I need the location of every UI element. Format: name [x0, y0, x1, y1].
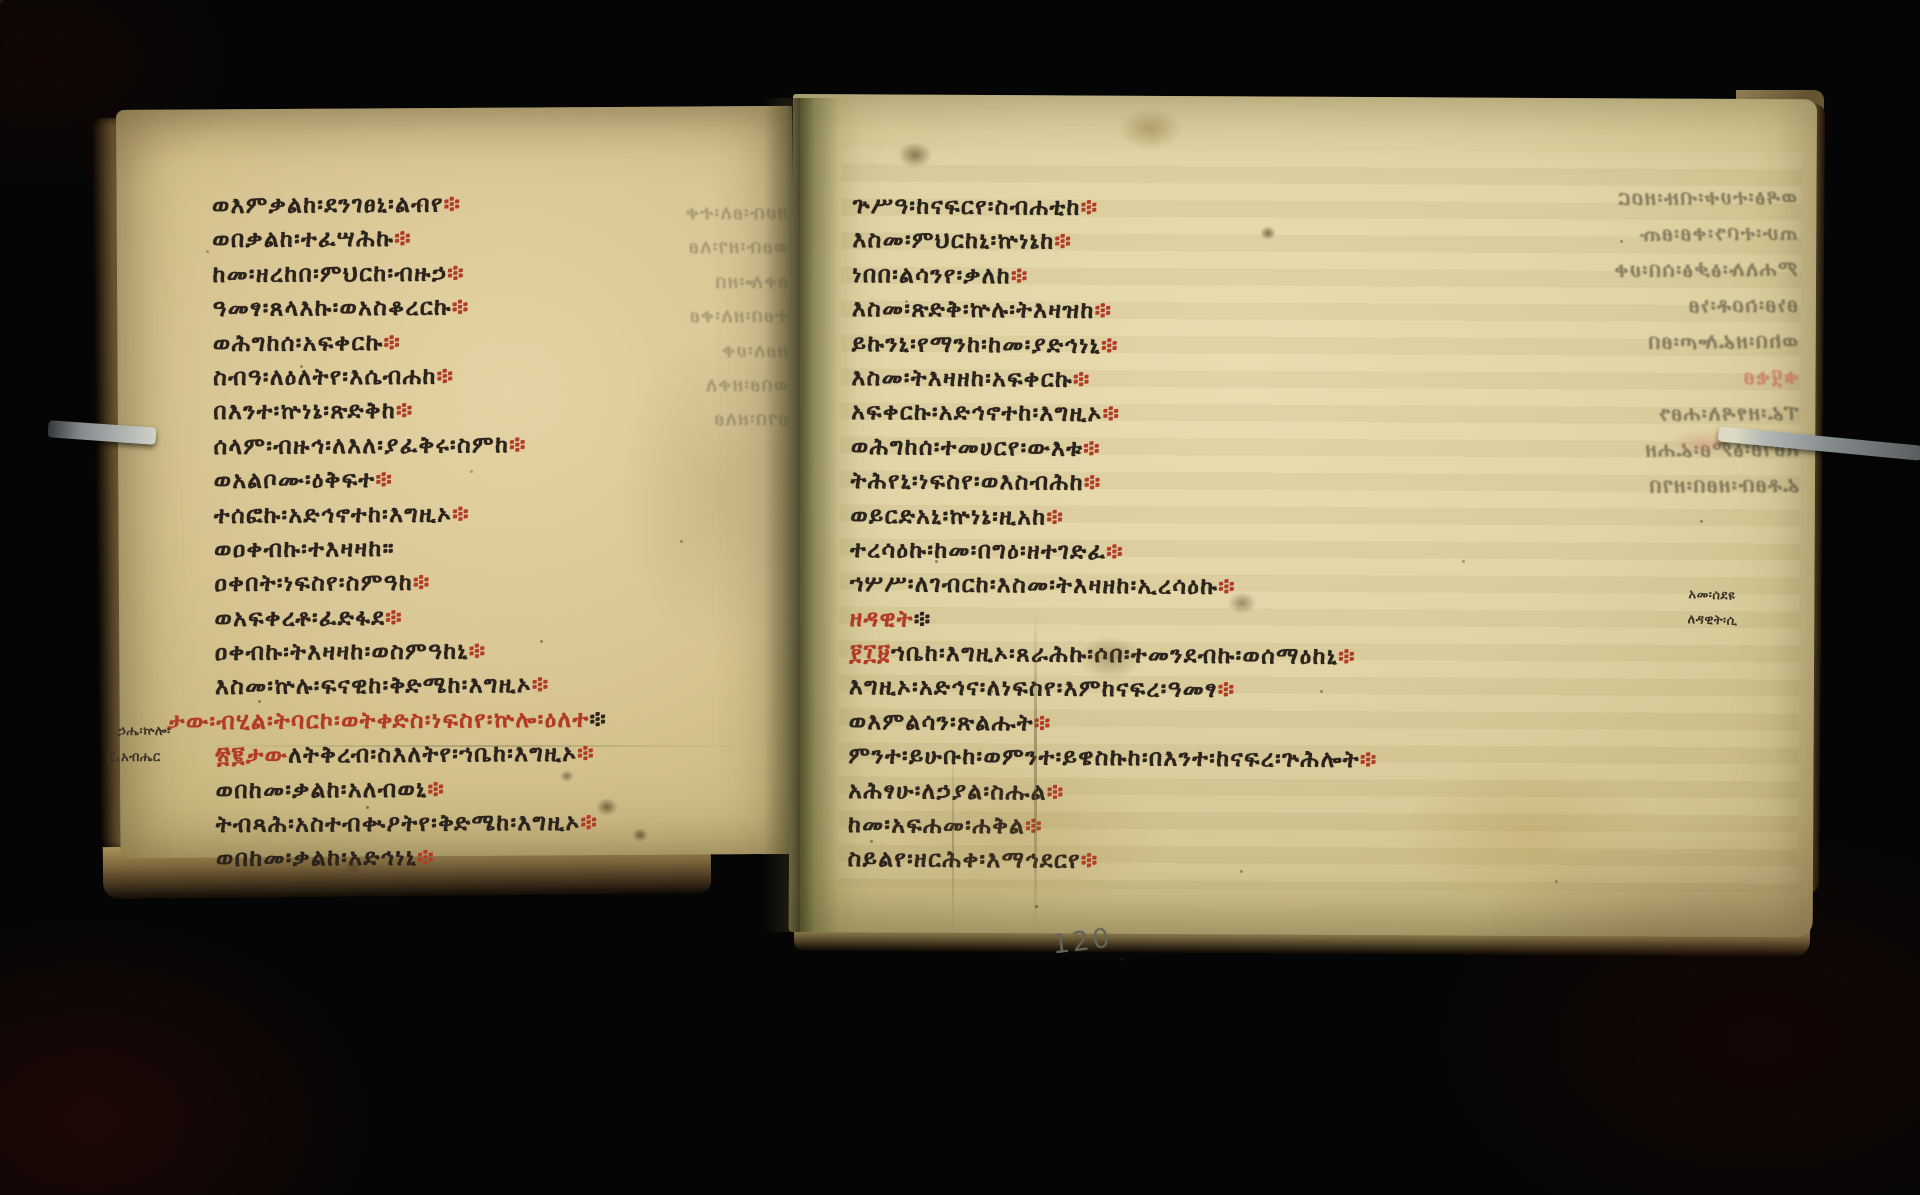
text-line: ከመ፡ዘረከበ፡ምህርከ፡ብዙኃ፨ — [212, 255, 604, 292]
black-ink-run: ሰላም፡ብዙኅ፡ለእለ፡ያፈቅሩ፡ስምከ — [213, 432, 509, 460]
red-ink-run: ፨ — [1103, 401, 1121, 427]
black-ink-run: ወይርድአኒ፡ኵነኔ፡ዚአከ — [850, 503, 1046, 531]
black-ink-run: እስመ፡ምህርከኒ፡ኵነኔከ — [852, 227, 1054, 255]
rubric-numbered-line: ፳፪ታውለትቅረብ፡ስእለትየ፡ኀቤከ፡እግዚኦ፨ — [215, 737, 607, 774]
text-line: ወአልቦሙ፡ዕቅፍተ፨ — [214, 462, 606, 499]
text-line: ወዐቀብኩ፡ተእዛዛከ። — [214, 531, 606, 568]
text-line: ዐቀበት፡ነፍስየ፡ስምዓከ፨ — [214, 565, 606, 602]
black-ink-run: ተረሳዕኩ፡ከመ፡በግዕ፡ዘተገድፈ — [850, 537, 1106, 565]
red-ink-run: ፨ — [1084, 470, 1102, 496]
red-ink-run: ፨ — [385, 605, 403, 631]
black-ink-run: ወዐቀብኩ፡ተእዛዛከ። — [214, 536, 395, 563]
red-ink-run: ፨ — [1081, 195, 1099, 221]
red-ink-run: ፨ — [509, 432, 527, 458]
black-ink-run: ወእምቃልከ፡ደንገፀኒ፡ልብየ — [212, 192, 444, 219]
text-line: ተሰፎኩ፡አድኅኖተከ፡እግዚኦ፨ — [214, 496, 606, 533]
text-line: ይኩንኒ፡የማንከ፡ከመ፡ያድኅነኒ፨ — [852, 327, 1381, 366]
left-margin-gloss-1: ኃሔ፡ኵሎ፡ — [118, 724, 171, 739]
black-ink-run: ወበከመ፡ቃልከ፡አለብወኒ — [216, 776, 428, 803]
black-ink-run: ኀቤከ፡እግዚኦ፡ጸራሕኩ፡ሶበ፡ተመንደብኩ፡ወሰማዕከኒ — [891, 640, 1338, 670]
black-ink-run: እስመ፡ጽድቅ፡ኵሉ፡ትእዛዝከ — [852, 296, 1095, 324]
black-ink-run: ዓመፃ፡ጸላእኩ፡ወአስቆረርኩ — [213, 295, 452, 322]
text-line: ስብዓ፡ለዕለትየ፡እሴብሐከ፨ — [213, 359, 605, 396]
text-line: ወይርድአኒ፡ኵነኔ፡ዚአከ፨ — [850, 499, 1379, 538]
black-ink-run: ከመ፡ዘረከበ፡ምህርከ፡ብዙኃ — [212, 260, 447, 287]
black-ink-run: ወበከመ፡ቃልከ፡አድኅነኒ — [216, 845, 417, 872]
red-ink-run: ፨ — [1360, 747, 1378, 773]
black-ink-run: ኀሦሥ፡ለገብርከ፡እስመ፡ትእዛዘከ፡ኢረሳዕኩ — [850, 571, 1219, 600]
black-ink-run: አፍቀርኩ፡አድኅኖተከ፡እግዚኦ — [851, 399, 1103, 427]
red-ink-run: ፨ — [532, 672, 550, 698]
red-ink-run: ፨ — [1083, 436, 1101, 462]
text-line: ትብጻሕ፡አስተብቊዖትየ፡ቅድሜከ፡እግዚኦ፨ — [216, 806, 608, 843]
text-line: ነበበ፡ልሳንየ፡ቃለከ፨ — [852, 258, 1381, 297]
red-ink-run: ፨ — [447, 260, 465, 286]
red-ink-run: ፨ — [437, 363, 455, 389]
text-line: ዐቀብኩ፡ትእዛዛከ፡ወስምዓከኒ፨ — [215, 634, 607, 671]
red-ink-run: ፨ — [1095, 298, 1113, 324]
red-ink-run: ፻፲፱ — [849, 640, 891, 666]
text-line: ሰላም፡ብዙኅ፡ለእለ፡ያፈቅሩ፡ስምከ፨ — [213, 427, 605, 464]
black-ink-run: ፨ — [914, 606, 932, 632]
black-ink-run: ስይልየ፡ዘርሕቀ፡እማኅደርየ — [848, 846, 1081, 874]
text-line: ምንተ፡ይሁቡከ፡ወምንተ፡ይዌስኩከ፡በእንተ፡ከናፍረ፡ጕሕሎት፨ — [848, 739, 1377, 778]
red-ink-run: ፨ — [417, 845, 435, 871]
black-ink-run: ወበቃልከ፡ተፈሣሕኩ — [212, 226, 394, 253]
black-ink-run: ከመ፡አፍሐመ፡ሐቅል — [848, 812, 1025, 839]
red-ink-run: ፨ — [396, 398, 414, 424]
page-number-pencil: 120 — [1050, 922, 1114, 960]
crease-vertical-2 — [952, 740, 954, 940]
black-ink-run: ተሰፎኩ፡አድኅኖተከ፡እግዚኦ — [214, 501, 452, 528]
red-ink-run: ፨ — [1101, 333, 1119, 359]
text-line: እስመ፡ጽድቅ፡ኵሉ፡ትእዛዝከ፨ — [852, 292, 1381, 331]
text-line: አሕፃሁ፡ለኃያል፡ስሑል፨ — [848, 774, 1377, 813]
crease-horizontal — [200, 745, 760, 747]
text-line: ትሕየኒ፡ነፍስየ፡ወእስብሕከ፨ — [851, 464, 1380, 503]
text-line: ወእምቃልከ፡ደንገፀኒ፡ልብየ፨ — [212, 187, 604, 224]
red-ink-run: ፨ — [469, 638, 487, 664]
right-margin-note: አመ፡ሰደዩ ለዳዊት፡ሲ — [1687, 582, 1739, 634]
red-ink-run: ፨ — [444, 191, 462, 217]
black-ink-run: እስመ፡ኵሉ፡ፍናዊከ፡ቅድሜከ፡እግዚኦ — [215, 673, 532, 701]
red-ink-run: ፨ — [1218, 574, 1236, 600]
text-line: ወበከመ፡ቃልከ፡አድኅነኒ፨ — [216, 840, 608, 877]
text-line: እግዚኦ፡አድኅና፡ለነፍስየ፡እምከናፍረ፡ዓመፃ፨ — [849, 670, 1378, 709]
black-ink-run: ነበበ፡ልሳንየ፡ቃለከ — [852, 262, 1011, 289]
text-line: ጕሥዓ፡ከናፍርየ፡ስብሐቲከ፨ — [853, 189, 1382, 228]
red-ink-run: ፨ — [1054, 229, 1072, 255]
red-ink-run: ፨ — [1073, 367, 1091, 393]
text-line: አፍቀርኩ፡አድኅኖተከ፡እግዚኦ፨ — [851, 395, 1380, 434]
black-ink-run: ዐቀብኩ፡ትእዛዛከ፡ወስምዓከኒ — [215, 639, 469, 667]
red-ink-run: ፨ — [375, 467, 393, 493]
left-margin-gloss-2: ፩.አብሔር — [107, 750, 161, 765]
red-ink-run: ፨ — [413, 570, 431, 596]
text-line: ስይልየ፡ዘርሕቀ፡እማኅደርየ፨ — [848, 842, 1377, 881]
text-line: ወሕግከሰ፡ተመሀርየ፡ውእቱ፨ — [851, 430, 1380, 469]
red-ink-run: ፨ — [427, 776, 445, 802]
black-ink-run: ጕሥዓ፡ከናፍርየ፡ስብሐቲከ — [853, 193, 1081, 221]
black-ink-run: ስብዓ፡ለዕለትየ፡እሴብሐከ — [213, 364, 437, 391]
black-ink-run: አሕፃሁ፡ለኃያል፡ስሑል — [848, 778, 1047, 806]
text-line: ወሕግከሰ፡አፍቀርኩ፨ — [213, 324, 605, 361]
text-line: ወበቃልከ፡ተፈሣሕኩ፨ — [212, 221, 604, 258]
rubric-line: ታው፡ብሂል፡ትባርኮ፡ወትቀድስ፡ነፍስየ፡ኵሎ፡ዕለተ፨ — [167, 702, 607, 739]
black-ink-run: ወአልቦሙ፡ዕቅፍተ — [214, 467, 376, 494]
black-ink-run: ይኩንኒ፡የማንከ፡ከመ፡ያድኅነኒ — [852, 331, 1102, 359]
crease-vertical-1 — [1034, 610, 1037, 930]
text-line: እስመ፡ምህርከኒ፡ኵነኔከ፨ — [852, 223, 1381, 262]
parchment-specks — [0, 0, 3, 3]
text-line: ከመ፡አፍሐመ፡ሐቅል፨ — [848, 808, 1377, 847]
right-margin-note-line-2: ለዳዊት፡ሲ — [1687, 607, 1738, 634]
black-ink-run: ትብጻሕ፡አስተብቊዖትየ፡ቅድሜከ፡እግዚኦ — [216, 810, 581, 838]
red-ink-run: ፨ — [394, 226, 412, 252]
text-line: እስመ፡ኵሉ፡ፍናዊከ፡ቅድሜከ፡እግዚኦ፨ — [215, 668, 607, 705]
black-ink-run: ምንተ፡ይሁቡከ፡ወምንተ፡ይዌስኩከ፡በእንተ፡ከናፍረ፡ጕሕሎት — [848, 743, 1360, 773]
right-margin-note-line-1: አመ፡ሰደዩ — [1688, 582, 1739, 609]
red-ink-run: ፨ — [581, 810, 599, 836]
red-ink-run: ፨ — [1047, 779, 1065, 805]
black-ink-run: በእንተ፡ኵነኔ፡ጽድቅከ — [213, 398, 396, 425]
black-ink-run: ወአፍቀረቶ፡ፈድፋደ — [215, 605, 386, 632]
text-line: ወበከመ፡ቃልከ፡አለብወኒ፨ — [216, 771, 608, 808]
red-ink-run: ፨ — [1338, 644, 1356, 670]
red-ink-run: ፨ — [1046, 504, 1064, 530]
red-ink-run: ፨ — [1081, 848, 1099, 874]
left-page-text: ወእምቃልከ፡ደንገፀኒ፡ልብየ፨ወበቃልከ፡ተፈሣሕኩ፨ከመ፡ዘረከበ፡ምህር… — [212, 187, 608, 877]
text-line: ዓመፃ፡ጸላእኩ፡ወአስቆረርኩ፨ — [213, 290, 605, 327]
black-ink-run: ወእምልሳን፡ጽልሑት — [849, 709, 1034, 736]
red-ink-run: ፨ — [452, 501, 470, 527]
text-line: በእንተ፡ኵነኔ፡ጽድቅከ፨ — [213, 393, 605, 430]
black-ink-run: እስመ፡ትእዛዘከ፡አፍቀርኩ — [851, 365, 1073, 393]
black-ink-run: ወሕግከሰ፡አፍቀርኩ — [213, 330, 384, 357]
black-ink-run: ፨ — [590, 706, 608, 732]
manuscript-photo: { "ink": { "black": "#2b241d", "red": "#… — [0, 0, 1920, 1195]
text-line: ወአፍቀረቶ፡ፈድፋደ፨ — [215, 599, 607, 636]
black-ink-run: ትሕየኒ፡ነፍስየ፡ወእስብሕከ — [851, 468, 1085, 496]
red-ink-run: ፨ — [1106, 539, 1124, 565]
text-line: ኀሦሥ፡ለገብርከ፡እስመ፡ትእዛዘከ፡ኢረሳዕኩ፨ — [850, 567, 1379, 606]
black-ink-run: ወሕግከሰ፡ተመሀርየ፡ውእቱ — [851, 434, 1084, 462]
red-ink-run: ታው፡ብሂል፡ትባርኮ፡ወትቀድስ፡ነፍስየ፡ኵሎ፡ዕለተ — [167, 707, 589, 736]
red-ink-run: ፨ — [384, 329, 402, 355]
text-line: ወእምልሳን፡ጽልሑት፨ — [849, 705, 1378, 744]
red-ink-run: ፨ — [452, 295, 470, 321]
text-line: ተረሳዕኩ፡ከመ፡በግዕ፡ዘተገድፈ፨ — [850, 533, 1379, 572]
text-line: እስመ፡ትእዛዘከ፡አፍቀርኩ፨ — [851, 361, 1380, 400]
psalm-number-line: ፻፲፱ኀቤከ፡እግዚኦ፡ጸራሕኩ፡ሶበ፡ተመንደብኩ፡ወሰማዕከኒ፨ — [849, 636, 1378, 675]
red-ink-run: ዘዳዊት — [850, 606, 914, 633]
right-page-text: ጕሥዓ፡ከናፍርየ፡ስብሐቲከ፨እስመ፡ምህርከኒ፡ኵነኔከ፨ነበበ፡ልሳንየ፡… — [848, 189, 1383, 881]
section-heading: ዘዳዊት፨ — [849, 602, 1378, 641]
black-ink-run: ዐቀበት፡ነፍስየ፡ስምዓከ — [214, 570, 413, 597]
red-ink-run: ፨ — [1011, 263, 1029, 289]
red-ink-run: ፨ — [1218, 677, 1236, 703]
